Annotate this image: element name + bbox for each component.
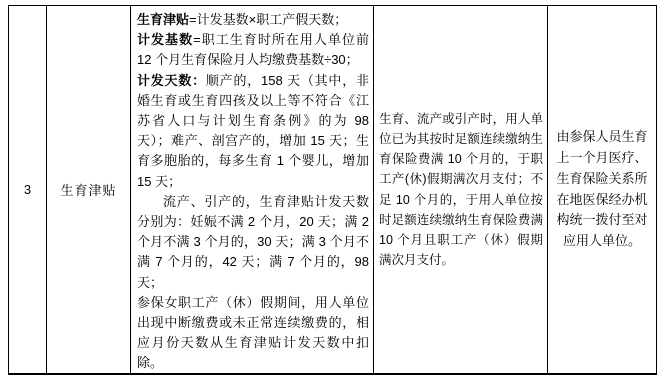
calculation-paragraph: 计发天数：顺产的，158 天（其中，非婚生育或生育四孩及以上等不符合《江苏省人口… (137, 71, 369, 192)
benefit-name: 生育津贴 (60, 180, 116, 199)
calculation-cell: 生育津贴=计发基数×职工产假天数；计发基数=职工生育时所在用人单位前 12 个月… (130, 6, 373, 373)
payment-channel-cell: 由参保人员生育上一个月医疗、生育保险关系所在地医保经办机构统一拨付至对应用人单位… (547, 6, 656, 373)
row-index-cell: 3 (9, 6, 46, 373)
calculation-paragraph: 流产、引产的，生育津贴计发天数分别为：妊娠不满 2 个月，20 天；满 2 个月… (137, 192, 369, 293)
benefit-table-row: 3 生育津贴 生育津贴=计发基数×职工产假天数；计发基数=职工生育时所在用人单位… (8, 5, 657, 375)
calculation-paragraph: 计发基数=职工生育时所在用人单位前 12 个月生育保险月人均缴费基数÷30； (137, 30, 369, 70)
benefit-name-cell: 生育津贴 (46, 6, 130, 373)
payment-timing-cell: 生育、流产或引产时，用人单位已为其按时足额连续缴纳生育保险费满 10 个月的，于… (373, 6, 547, 373)
calculation-text: 生育津贴=计发基数×职工产假天数；计发基数=职工生育时所在用人单位前 12 个月… (137, 10, 369, 373)
calculation-paragraph: 参保女职工产（休）假期间，用人单位出现中断缴费或未正常连续缴费的，相应月份天数从… (137, 293, 369, 373)
payment-channel-text: 由参保人员生育上一个月医疗、生育保险关系所在地医保经办机构统一拨付至对应用人单位… (556, 127, 648, 252)
document-page: 3 生育津贴 生育津贴=计发基数×职工产假天数；计发基数=职工生育时所在用人单位… (0, 0, 664, 383)
calculation-paragraph: 生育津贴=计发基数×职工产假天数； (137, 10, 369, 30)
payment-timing-text: 生育、流产或引产时，用人单位已为其按时足额连续缴纳生育保险费满 10 个月的，于… (379, 109, 543, 271)
row-index: 3 (24, 182, 31, 197)
